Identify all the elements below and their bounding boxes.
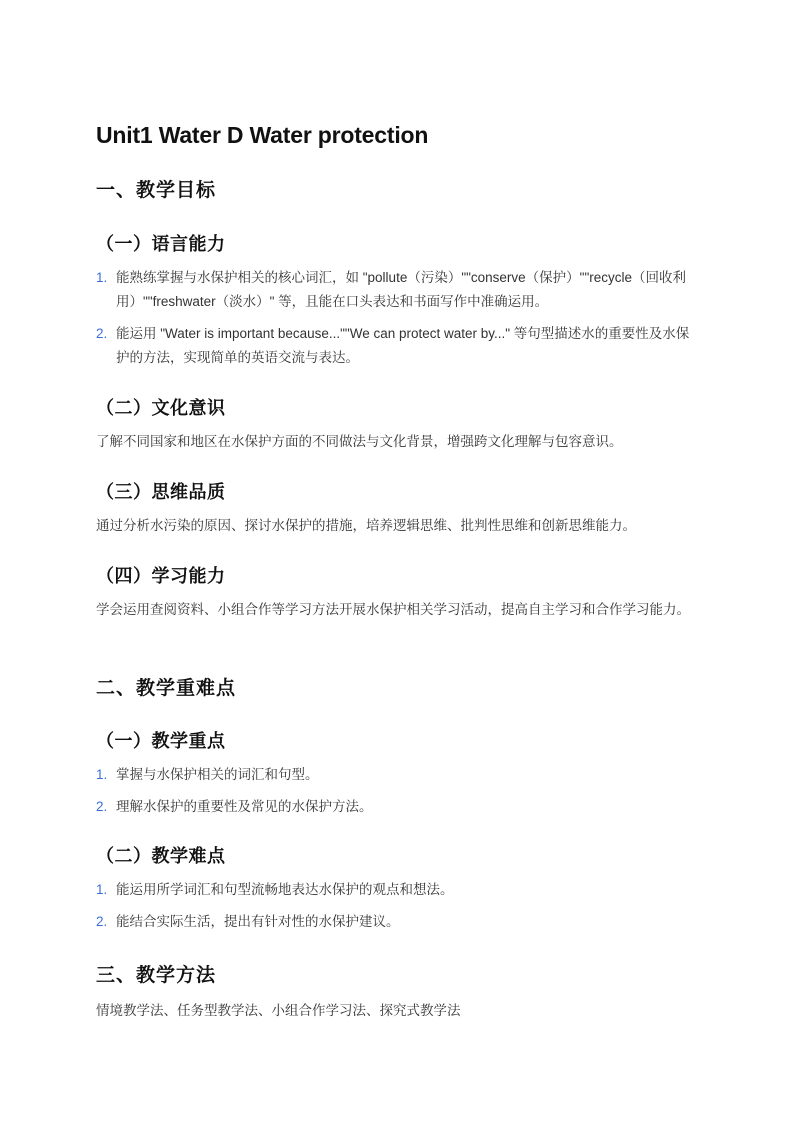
- list-item: 1. 能熟练掌握与水保护相关的核心词汇，如 "pollute（污染）""cons…: [96, 266, 700, 314]
- list-item-text: 理解水保护的重要性及常见的水保护方法。: [116, 799, 373, 814]
- list-item: 1. 掌握与水保护相关的词汇和句型。: [96, 763, 700, 787]
- paragraph-learning-ability: 学会运用查阅资料、小组合作等学习方法开展水保护相关学习活动，提高自主学习和合作学…: [96, 598, 700, 622]
- subsection-heading-teaching-focus: （一）教学重点: [96, 727, 226, 753]
- list-number: 1.: [96, 763, 107, 787]
- list-item-text: 能运用 "Water is important because...""We c…: [116, 326, 689, 365]
- paragraph-teaching-methods: 情境教学法、任务型教学法、小组合作学习法、探究式教学法: [96, 999, 700, 1023]
- subsection-heading-learning-ability: （四）学习能力: [96, 562, 226, 588]
- list-item: 2. 能结合实际生活，提出有针对性的水保护建议。: [96, 910, 700, 934]
- list-item-text: 能结合实际生活，提出有针对性的水保护建议。: [116, 914, 400, 929]
- list-number: 1.: [96, 878, 107, 902]
- section-heading-teaching-methods: 三、教学方法: [96, 960, 216, 987]
- list-item-text: 能运用所学词汇和句型流畅地表达水保护的观点和想法。: [116, 882, 454, 897]
- subsection-heading-language-ability: （一）语言能力: [96, 230, 226, 256]
- paragraph-thinking-quality: 通过分析水污染的原因、探讨水保护的措施，培养逻辑思维、批判性思维和创新思维能力。: [96, 514, 700, 538]
- section-heading-key-difficult-points: 二、教学重难点: [96, 673, 236, 700]
- list-item: 2. 理解水保护的重要性及常见的水保护方法。: [96, 795, 700, 819]
- list-number: 2.: [96, 910, 107, 934]
- list-item: 1. 能运用所学词汇和句型流畅地表达水保护的观点和想法。: [96, 878, 700, 902]
- list-item-text: 能熟练掌握与水保护相关的核心词汇，如 "pollute（污染）""conserv…: [116, 270, 686, 309]
- list-number: 1.: [96, 266, 107, 290]
- subsection-heading-cultural-awareness: （二）文化意识: [96, 394, 226, 420]
- section-heading-teaching-objectives: 一、教学目标: [96, 175, 216, 202]
- list-number: 2.: [96, 322, 107, 346]
- subsection-heading-teaching-difficulties: （二）教学难点: [96, 842, 226, 868]
- list-number: 2.: [96, 795, 107, 819]
- subsection-heading-thinking-quality: （三）思维品质: [96, 478, 226, 504]
- paragraph-cultural-awareness: 了解不同国家和地区在水保护方面的不同做法与文化背景，增强跨文化理解与包容意识。: [96, 430, 700, 454]
- list-item-text: 掌握与水保护相关的词汇和句型。: [116, 767, 319, 782]
- list-item: 2. 能运用 "Water is important because...""W…: [96, 322, 700, 370]
- document-title: Unit1 Water D Water protection: [96, 122, 428, 149]
